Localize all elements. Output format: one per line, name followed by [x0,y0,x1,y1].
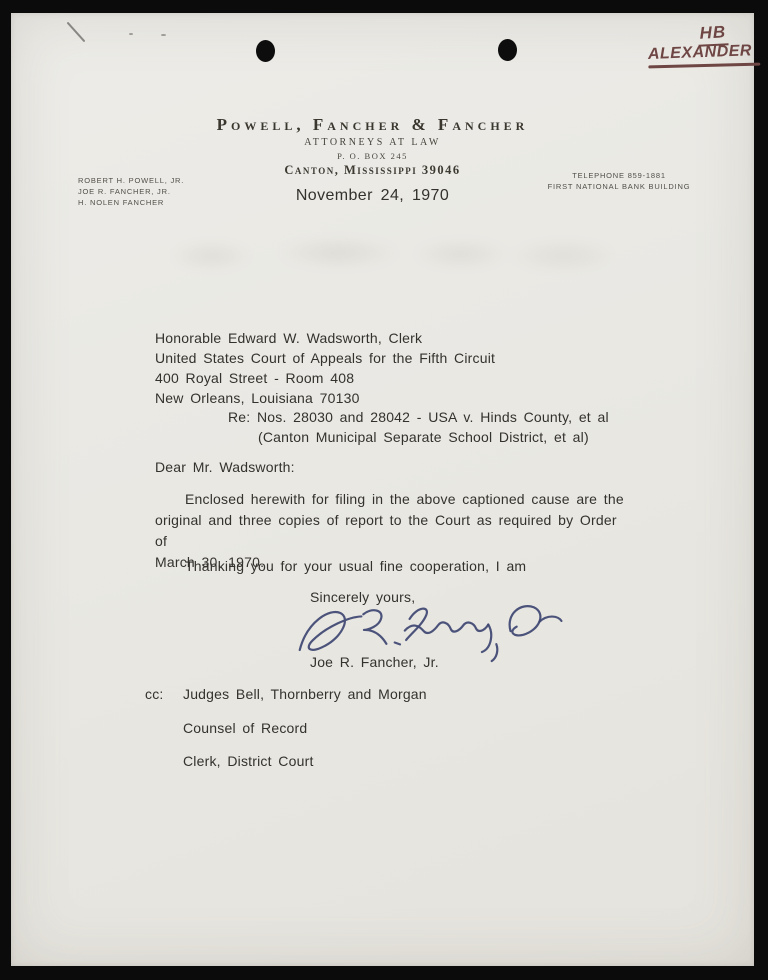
recipient-line: United States Court of Appeals for the F… [155,348,495,368]
attorney-name: JOE R. FANCHER, JR. [78,186,184,197]
recipient-address: Honorable Edward W. Wadsworth, Clerk Uni… [155,328,495,408]
cc-line: Counsel of Record [183,718,307,738]
cc-label: cc: [145,684,183,704]
scanned-letter-screenshot: { "annotation": { "hb": "HB", "name": "A… [0,0,768,980]
po-box-line: P. O. BOX 245 [1,151,744,161]
firm-name: Powell, Fancher & Fancher [1,115,744,135]
attorney-name: ROBERT H. POWELL, JR. [78,175,184,186]
cc-line: Judges Bell, Thornberry and Morgan [183,686,427,702]
firm-subtitle: ATTORNEYS AT LAW [1,137,744,148]
recipient-line: Honorable Edward W. Wadsworth, Clerk [155,328,495,348]
salutation: Dear Mr. Wadsworth: [155,457,295,477]
attorney-list: ROBERT H. POWELL, JR. JOE R. FANCHER, JR… [78,175,184,208]
telephone-line: TELEPHONE 859-1881 [529,170,709,181]
letter-page: HB ALEXANDER Powell, Fancher & Fancher A… [11,13,754,966]
re-line-1: Re: Nos. 28030 and 28042 - USA v. Hinds … [228,407,609,427]
building-line: FIRST NATIONAL BANK BUILDING [529,181,709,192]
contact-block: TELEPHONE 859-1881 FIRST NATIONAL BANK B… [529,170,709,192]
recipient-line: 400 Royal Street - Room 408 [155,368,495,388]
body-line: Enclosed herewith for filing in the abov… [155,489,633,510]
re-subject: Re: Nos. 28030 and 28042 - USA v. Hinds … [228,407,609,447]
attorney-name: H. NOLEN FANCHER [78,197,184,208]
body-line: original and three copies of report to t… [155,510,633,552]
ink-showthrough [141,228,611,290]
re-line-2: (Canton Municipal Separate School Distri… [228,427,609,447]
typed-signature-name: Joe R. Fancher, Jr. [310,652,439,672]
body-paragraph-2: Thanking you for your usual fine coopera… [155,556,526,576]
recipient-line: New Orleans, Louisiana 70130 [155,388,495,408]
cc-block: cc:Judges Bell, Thornberry and Morgan [145,684,427,704]
cc-line: Clerk, District Court [183,751,314,771]
